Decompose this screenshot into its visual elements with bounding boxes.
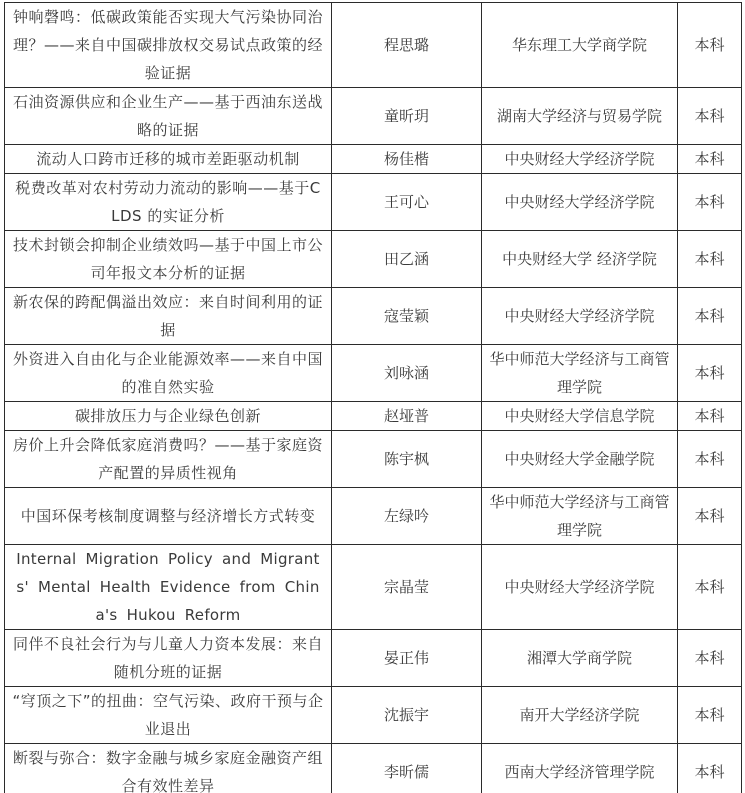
paper-title-cell: 技术封锁会抑制企业绩效吗—基于中国上市公司年报文本分析的证据 <box>5 231 332 288</box>
level-cell: 本科 <box>678 431 742 488</box>
author-cell: 杨佳楷 <box>332 145 482 174</box>
school-cell: 中央财经大学信息学院 <box>482 402 678 431</box>
level-cell: 本科 <box>678 402 742 431</box>
paper-title-cell: 房价上升会降低家庭消费吗？——基于家庭资产配置的异质性视角 <box>5 431 332 488</box>
paper-title-cell: 税费改革对农村劳动力流动的影响——基于CLDS 的实证分析 <box>5 174 332 231</box>
author-cell: 陈宇枫 <box>332 431 482 488</box>
author-cell: 田乙涵 <box>332 231 482 288</box>
level-cell: 本科 <box>678 174 742 231</box>
school-cell: 华中师范大学经济与工商管理学院 <box>482 345 678 402</box>
table-row: Internal Migration Policy and Migrants' … <box>5 545 742 630</box>
table-row: “穹顶之下”的扭曲：空气污染、政府干预与企业退出 沈振宇 南开大学经济学院 本科 <box>5 687 742 744</box>
level-cell: 本科 <box>678 687 742 744</box>
author-cell: 王可心 <box>332 174 482 231</box>
paper-title-cell: 同伴不良社会行为与儿童人力资本发展：来自随机分班的证据 <box>5 630 332 687</box>
school-cell: 西南大学经济管理学院 <box>482 744 678 793</box>
school-cell: 湘潭大学商学院 <box>482 630 678 687</box>
paper-title-cell: 外资进入自由化与企业能源效率——来自中国的准自然实验 <box>5 345 332 402</box>
table-row: 石油资源供应和企业生产——基于西油东送战略的证据 童昕玥 湖南大学经济与贸易学院… <box>5 88 742 145</box>
school-cell: 中央财经大学经济学院 <box>482 145 678 174</box>
paper-title-cell: Internal Migration Policy and Migrants' … <box>5 545 332 630</box>
table-row: 税费改革对农村劳动力流动的影响——基于CLDS 的实证分析 王可心 中央财经大学… <box>5 174 742 231</box>
table-row: 碳排放压力与企业绿色创新 赵垭普 中央财经大学信息学院 本科 <box>5 402 742 431</box>
school-cell: 南开大学经济学院 <box>482 687 678 744</box>
level-cell: 本科 <box>678 145 742 174</box>
table-row: 断裂与弥合：数字金融与城乡家庭金融资产组合有效性差异 李昕儒 西南大学经济管理学… <box>5 744 742 793</box>
level-cell: 本科 <box>678 744 742 793</box>
paper-title-cell: 新农保的跨配偶溢出效应：来自时间利用的证据 <box>5 288 332 345</box>
paper-title-cell: 流动人口跨市迁移的城市差距驱动机制 <box>5 145 332 174</box>
author-cell: 程思璐 <box>332 3 482 88</box>
school-cell: 中央财经大学经济学院 <box>482 174 678 231</box>
school-cell: 华中师范大学经济与工商管理学院 <box>482 488 678 545</box>
level-cell: 本科 <box>678 288 742 345</box>
author-cell: 刘咏涵 <box>332 345 482 402</box>
paper-title-cell: 石油资源供应和企业生产——基于西油东送战略的证据 <box>5 88 332 145</box>
author-cell: 李昕儒 <box>332 744 482 793</box>
table-row: 同伴不良社会行为与儿童人力资本发展：来自随机分班的证据 晏正伟 湘潭大学商学院 … <box>5 630 742 687</box>
paper-title-cell: 碳排放压力与企业绿色创新 <box>5 402 332 431</box>
paper-title-cell: 中国环保考核制度调整与经济增长方式转变 <box>5 488 332 545</box>
awards-table-body: 钟响磬鸣：低碳政策能否实现大气污染协同治理？——来自中国碳排放权交易试点政策的经… <box>5 3 742 793</box>
level-cell: 本科 <box>678 231 742 288</box>
table-row: 新农保的跨配偶溢出效应：来自时间利用的证据 寇莹颖 中央财经大学经济学院 本科 <box>5 288 742 345</box>
author-cell: 赵垭普 <box>332 402 482 431</box>
level-cell: 本科 <box>678 345 742 402</box>
table-row: 钟响磬鸣：低碳政策能否实现大气污染协同治理？——来自中国碳排放权交易试点政策的经… <box>5 3 742 88</box>
school-cell: 中央财经大学金融学院 <box>482 431 678 488</box>
author-cell: 左绿吟 <box>332 488 482 545</box>
level-cell: 本科 <box>678 488 742 545</box>
school-cell: 湖南大学经济与贸易学院 <box>482 88 678 145</box>
school-cell: 华东理工大学商学院 <box>482 3 678 88</box>
author-cell: 童昕玥 <box>332 88 482 145</box>
level-cell: 本科 <box>678 3 742 88</box>
level-cell: 本科 <box>678 630 742 687</box>
level-cell: 本科 <box>678 545 742 630</box>
table-row: 流动人口跨市迁移的城市差距驱动机制 杨佳楷 中央财经大学经济学院 本科 <box>5 145 742 174</box>
table-row: 中国环保考核制度调整与经济增长方式转变 左绿吟 华中师范大学经济与工商管理学院 … <box>5 488 742 545</box>
author-cell: 寇莹颖 <box>332 288 482 345</box>
author-cell: 宗晶莹 <box>332 545 482 630</box>
school-cell: 中央财经大学经济学院 <box>482 288 678 345</box>
level-cell: 本科 <box>678 88 742 145</box>
table-row: 技术封锁会抑制企业绩效吗—基于中国上市公司年报文本分析的证据 田乙涵 中央财经大… <box>5 231 742 288</box>
paper-title-cell: “穹顶之下”的扭曲：空气污染、政府干预与企业退出 <box>5 687 332 744</box>
author-cell: 沈振宇 <box>332 687 482 744</box>
awards-table: 钟响磬鸣：低碳政策能否实现大气污染协同治理？——来自中国碳排放权交易试点政策的经… <box>4 2 742 793</box>
table-row: 外资进入自由化与企业能源效率——来自中国的准自然实验 刘咏涵 华中师范大学经济与… <box>5 345 742 402</box>
author-cell: 晏正伟 <box>332 630 482 687</box>
paper-title-cell: 钟响磬鸣：低碳政策能否实现大气污染协同治理？——来自中国碳排放权交易试点政策的经… <box>5 3 332 88</box>
school-cell: 中央财经大学经济学院 <box>482 545 678 630</box>
paper-title-cell: 断裂与弥合：数字金融与城乡家庭金融资产组合有效性差异 <box>5 744 332 793</box>
school-cell: 中央财经大学 经济学院 <box>482 231 678 288</box>
table-row: 房价上升会降低家庭消费吗？——基于家庭资产配置的异质性视角 陈宇枫 中央财经大学… <box>5 431 742 488</box>
